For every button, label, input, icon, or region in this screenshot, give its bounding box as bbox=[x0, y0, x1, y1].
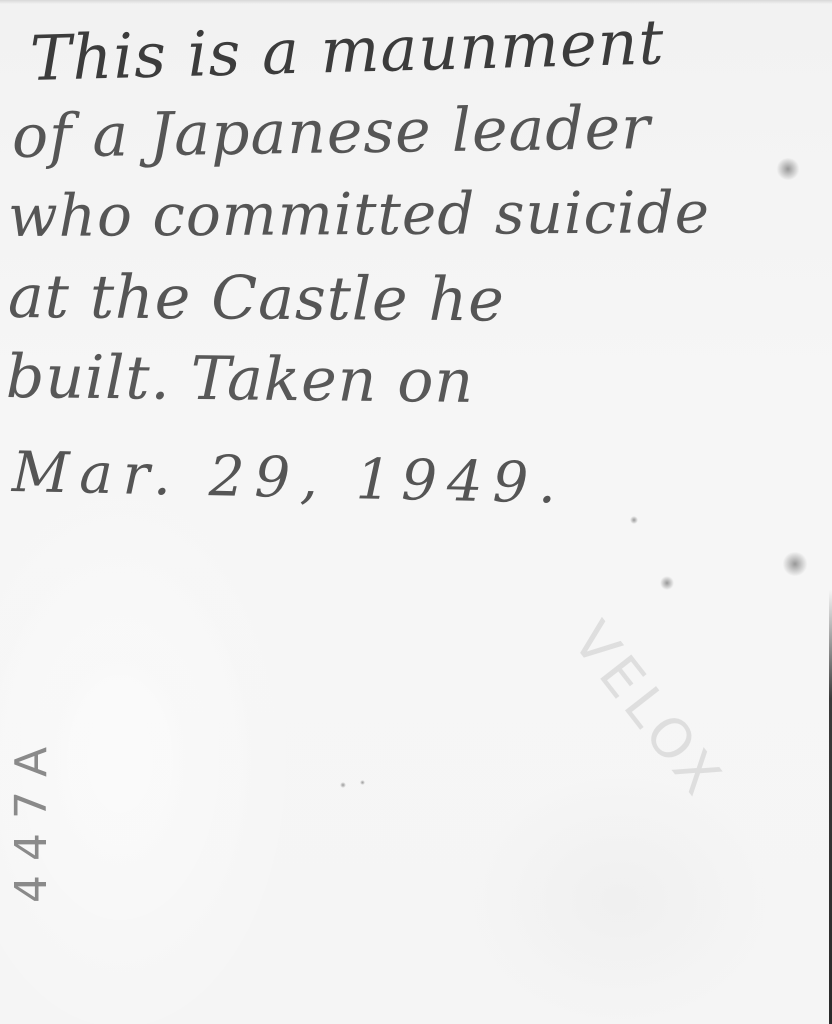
stain-spot bbox=[360, 780, 365, 785]
handwriting-line-2: of a Japanese leader bbox=[12, 93, 652, 172]
handwriting-line-4: at the Castle he bbox=[8, 262, 505, 335]
stain-spot bbox=[660, 576, 674, 590]
paper-watermark: VELOX bbox=[560, 610, 736, 811]
handwriting-date-line: Mar. 29, 1949. bbox=[11, 440, 566, 517]
photo-back-card: This is a maunment of a Japanese leader … bbox=[0, 0, 832, 1024]
top-edge bbox=[0, 0, 832, 4]
handwriting-line-5: built. Taken on bbox=[6, 342, 475, 417]
stain-spot bbox=[782, 552, 808, 576]
stain-spot bbox=[776, 158, 800, 180]
handwriting-line-3: who committed suicide bbox=[8, 178, 710, 250]
catalog-number: 447A bbox=[6, 718, 66, 918]
handwriting-line-1: This is a maunment bbox=[29, 5, 665, 95]
stain-spot bbox=[630, 516, 638, 524]
stain-spot bbox=[340, 782, 346, 788]
